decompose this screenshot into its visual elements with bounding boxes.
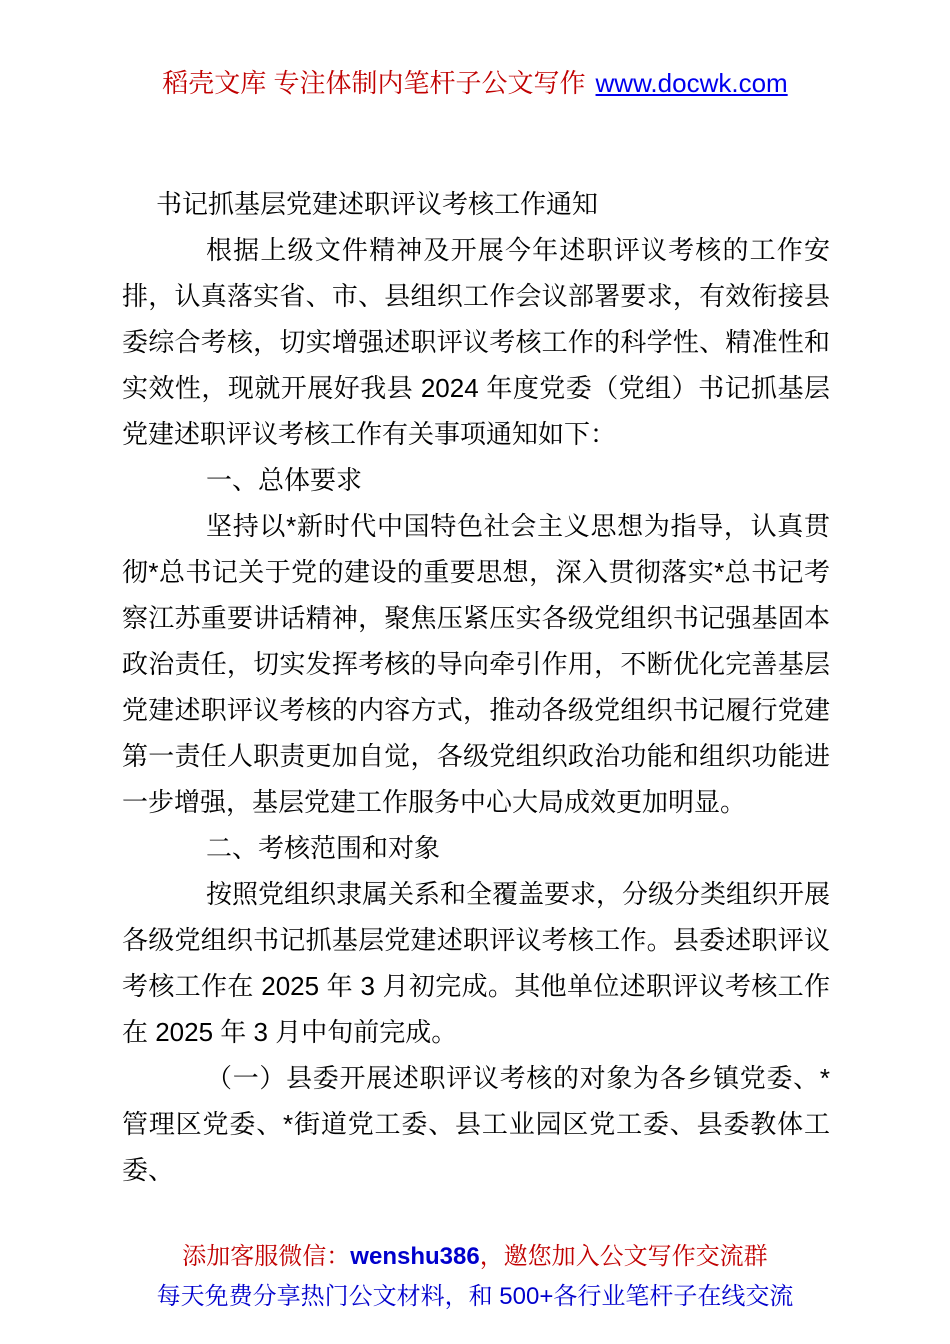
footer: 添加客服微信：wenshu386，邀您加入公文写作交流群 每天免费分享热门公文材…: [0, 1237, 950, 1317]
section-heading-overall-requirements: 一、总体要求: [122, 457, 830, 503]
paragraph-intro: 根据上级文件精神及开展今年述职评议考核的工作安排，认真落实省、市、县组织工作会议…: [122, 227, 830, 457]
document-body: 书记抓基层党建述职评议考核工作通知 根据上级文件精神及开展今年述职评议考核的工作…: [122, 181, 830, 1193]
document-title: 书记抓基层党建述职评议考核工作通知: [122, 181, 830, 227]
paragraph-assessment-targets: （一）县委开展述职评议考核的对象为各乡镇党委、*管理区党委、*街道党工委、县工业…: [122, 1055, 830, 1193]
footer-contact-suffix: ，邀您加入公文写作交流群: [480, 1243, 768, 1270]
document-page: 稻壳文库 专注体制内笔杆子公文写作www.docwk.com 书记抓基层党建述职…: [0, 0, 950, 1344]
header-brand-text: 稻壳文库 专注体制内笔杆子公文写作: [162, 68, 585, 98]
footer-contact-prefix: 添加客服微信：: [182, 1243, 350, 1270]
footer-contact-line: 添加客服微信：wenshu386，邀您加入公文写作交流群: [0, 1237, 950, 1277]
footer-wechat-id: wenshu386: [350, 1243, 479, 1270]
header: 稻壳文库 专注体制内笔杆子公文写作www.docwk.com: [0, 66, 950, 100]
footer-tagline: 每天免费分享热门公文材料，和 500+各行业笔杆子在线交流: [0, 1277, 950, 1317]
header-site-link[interactable]: www.docwk.com: [596, 68, 788, 98]
section-heading-scope-and-targets: 二、考核范围和对象: [122, 825, 830, 871]
paragraph-scope-schedule: 按照党组织隶属关系和全覆盖要求，分级分类组织开展各级党组织书记抓基层党建述职评议…: [122, 871, 830, 1055]
paragraph-overall-requirements: 坚持以*新时代中国特色社会主义思想为指导，认真贯彻*总书记关于党的建设的重要思想…: [122, 503, 830, 825]
